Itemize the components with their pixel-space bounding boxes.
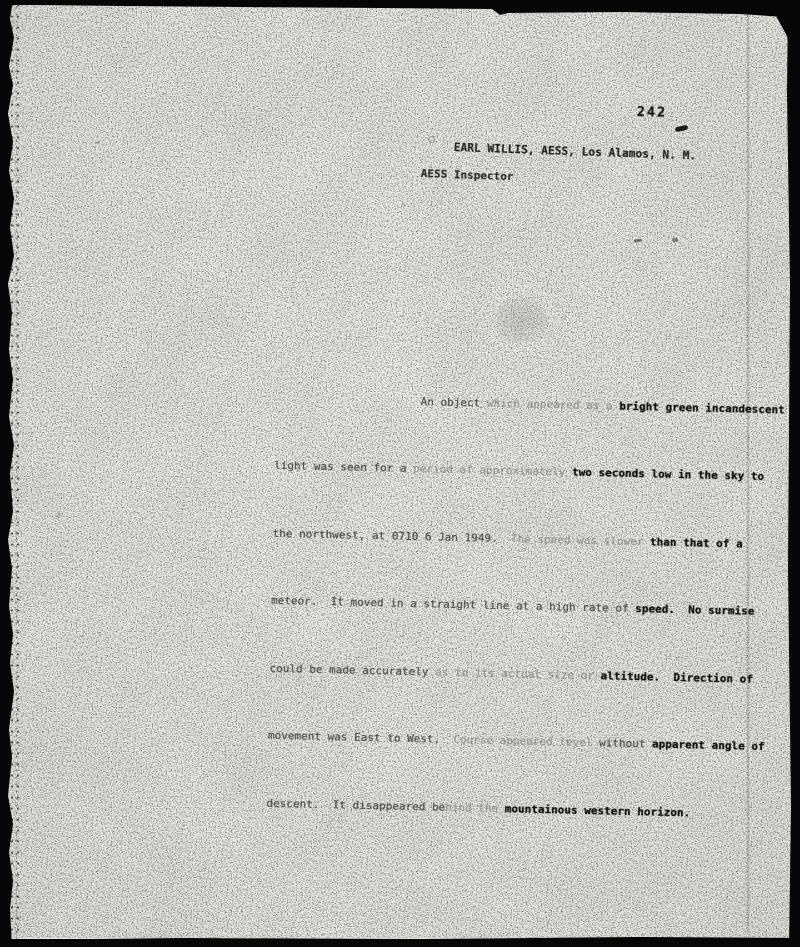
text-segment: light was seen for a	[274, 459, 413, 475]
paragraph-line-6: movement was East to West. Course appear…	[228, 714, 745, 766]
text-segment: altitude. Direction of	[600, 669, 753, 685]
text-segment: movement was East to West.	[268, 729, 454, 746]
report-paragraph: An object which appeared as a bright gre…	[226, 350, 753, 861]
text-segment: the northwest, at 0710 6 Jan 1949.	[272, 526, 511, 544]
text-segment: which appeared as a	[480, 396, 619, 412]
text-segment: hind the	[445, 800, 505, 814]
scan-edge-left-speckle	[9, 0, 22, 947]
paragraph-line-2: light was seen for a period of approxima…	[234, 444, 751, 496]
page-number: 242	[637, 104, 668, 121]
scanned-document-page: 242 EARL WILLIS, AESS, Los Alamos, N. M.…	[0, 0, 800, 947]
text-segment: period of approximately	[413, 462, 572, 479]
paragraph-line-4: meteor. It moved in a straight line at a…	[231, 579, 748, 631]
text-segment: could be made accurately	[269, 661, 435, 678]
text-segment: two seconds low in the sky to	[572, 466, 764, 483]
text-segment: mountainous western horizon.	[505, 802, 691, 819]
paragraph-line-7: descent. It disappeared behind the mount…	[226, 782, 743, 834]
paragraph-line-1: An object which appeared as a bright gre…	[235, 377, 752, 429]
text-segment: as to its actual size or	[435, 665, 601, 682]
text-segment: apparent angle of	[652, 738, 765, 754]
text-segment: The speed was slower	[511, 532, 650, 548]
text-segment: without	[599, 736, 652, 750]
paragraph-line-5: could be made accurately as to its actua…	[229, 647, 746, 699]
text-segment: bright green incandescent	[619, 399, 785, 416]
text-segment: Course appeared level	[453, 733, 599, 749]
text-segment: speed. No surmise	[635, 602, 754, 618]
text-segment: descent. It disappeared be	[266, 796, 445, 813]
text-segment: An object	[420, 395, 480, 409]
text-segment: meteor. It moved in a straight line at a…	[271, 594, 635, 615]
paragraph-line-3: the northwest, at 0710 6 Jan 1949. The s…	[232, 512, 749, 564]
text-segment: than that of a	[650, 535, 743, 550]
